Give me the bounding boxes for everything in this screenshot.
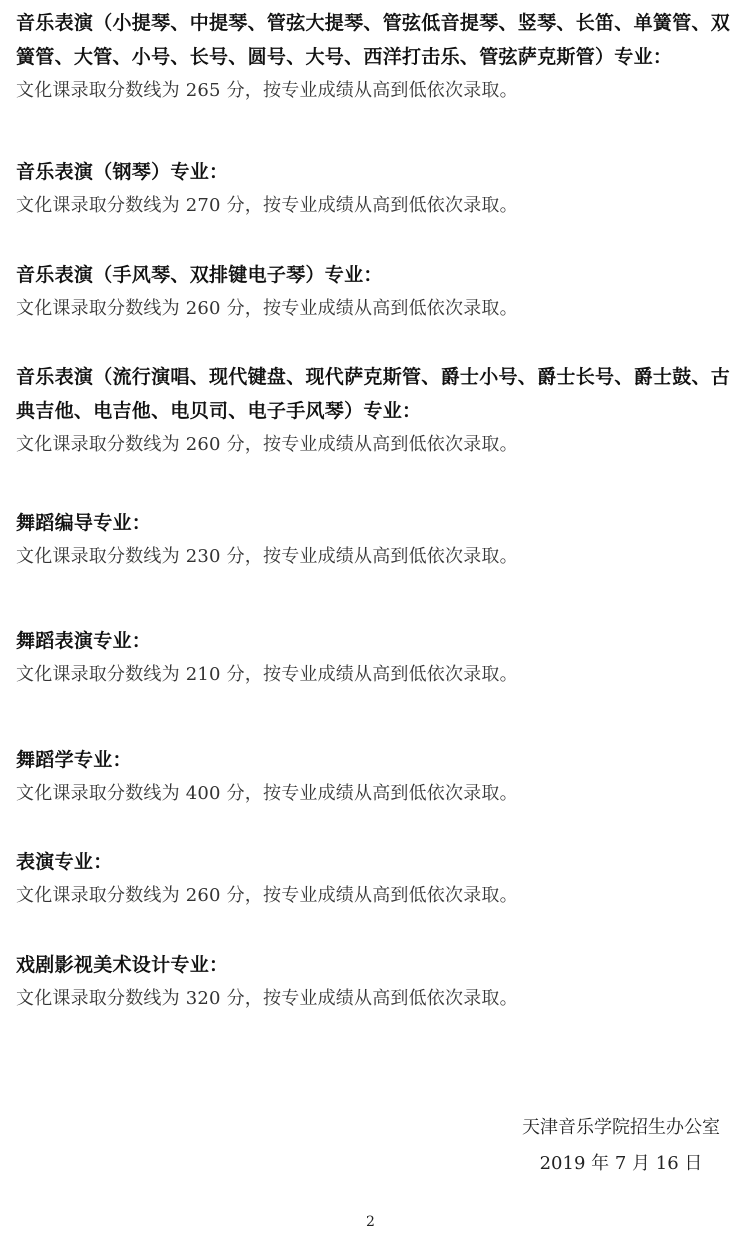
- section-heading: 音乐表演（小提琴、中提琴、管弦大提琴、管弦低音提琴、竖琴、长笛、单簧管、双: [16, 6, 732, 40]
- signature-block: 天津音乐学院招生办公室 2019 年 7 月 16 日: [522, 1110, 720, 1182]
- section-body: 文化课录取分数线为 260 分，按专业成绩从高到低依次录取。: [16, 879, 732, 913]
- section-heading: 戏剧影视美术设计专业：: [16, 948, 732, 982]
- section-body: 文化课录取分数线为 260 分，按专业成绩从高到低依次录取。: [16, 292, 732, 326]
- signature-date: 2019 年 7 月 16 日: [522, 1146, 720, 1182]
- section-music-accordion: 音乐表演（手风琴、双排键电子琴）专业： 文化课录取分数线为 260 分，按专业成…: [16, 258, 732, 326]
- section-dance-studies: 舞蹈学专业： 文化课录取分数线为 400 分，按专业成绩从高到低依次录取。: [16, 743, 732, 811]
- section-heading-cont: 典吉他、电吉他、电贝司、电子手风琴）专业：: [16, 394, 732, 428]
- section-heading: 舞蹈编导专业：: [16, 506, 732, 540]
- section-stage-design: 戏剧影视美术设计专业： 文化课录取分数线为 320 分，按专业成绩从高到低依次录…: [16, 948, 732, 1016]
- section-heading: 音乐表演（手风琴、双排键电子琴）专业：: [16, 258, 732, 292]
- section-heading: 表演专业：: [16, 845, 732, 879]
- section-body: 文化课录取分数线为 260 分，按专业成绩从高到低依次录取。: [16, 428, 732, 462]
- page-number: 2: [366, 1214, 375, 1230]
- section-acting: 表演专业： 文化课录取分数线为 260 分，按专业成绩从高到低依次录取。: [16, 845, 732, 913]
- section-dance-choreography: 舞蹈编导专业： 文化课录取分数线为 230 分，按专业成绩从高到低依次录取。: [16, 506, 732, 574]
- section-music-piano: 音乐表演（钢琴）专业： 文化课录取分数线为 270 分，按专业成绩从高到低依次录…: [16, 155, 732, 223]
- section-heading: 舞蹈学专业：: [16, 743, 732, 777]
- section-heading: 音乐表演（流行演唱、现代键盘、现代萨克斯管、爵士小号、爵士长号、爵士鼓、古: [16, 360, 732, 394]
- section-body: 文化课录取分数线为 265 分，按专业成绩从高到低依次录取。: [16, 74, 732, 108]
- section-body: 文化课录取分数线为 270 分，按专业成绩从高到低依次录取。: [16, 189, 732, 223]
- section-body: 文化课录取分数线为 400 分，按专业成绩从高到低依次录取。: [16, 777, 732, 811]
- section-body: 文化课录取分数线为 210 分，按专业成绩从高到低依次录取。: [16, 658, 732, 692]
- section-heading: 音乐表演（钢琴）专业：: [16, 155, 732, 189]
- section-heading-cont: 簧管、大管、小号、长号、圆号、大号、西洋打击乐、管弦萨克斯管）专业：: [16, 40, 732, 74]
- document-page: 音乐表演（小提琴、中提琴、管弦大提琴、管弦低音提琴、竖琴、长笛、单簧管、双 簧管…: [0, 0, 750, 1241]
- section-dance-performance: 舞蹈表演专业： 文化课录取分数线为 210 分，按专业成绩从高到低依次录取。: [16, 624, 732, 692]
- section-body: 文化课录取分数线为 320 分，按专业成绩从高到低依次录取。: [16, 982, 732, 1016]
- section-music-popular: 音乐表演（流行演唱、现代键盘、现代萨克斯管、爵士小号、爵士长号、爵士鼓、古 典吉…: [16, 360, 732, 462]
- signature-organization: 天津音乐学院招生办公室: [522, 1110, 720, 1146]
- section-body: 文化课录取分数线为 230 分，按专业成绩从高到低依次录取。: [16, 540, 732, 574]
- section-music-orchestral: 音乐表演（小提琴、中提琴、管弦大提琴、管弦低音提琴、竖琴、长笛、单簧管、双 簧管…: [16, 6, 732, 108]
- section-heading: 舞蹈表演专业：: [16, 624, 732, 658]
